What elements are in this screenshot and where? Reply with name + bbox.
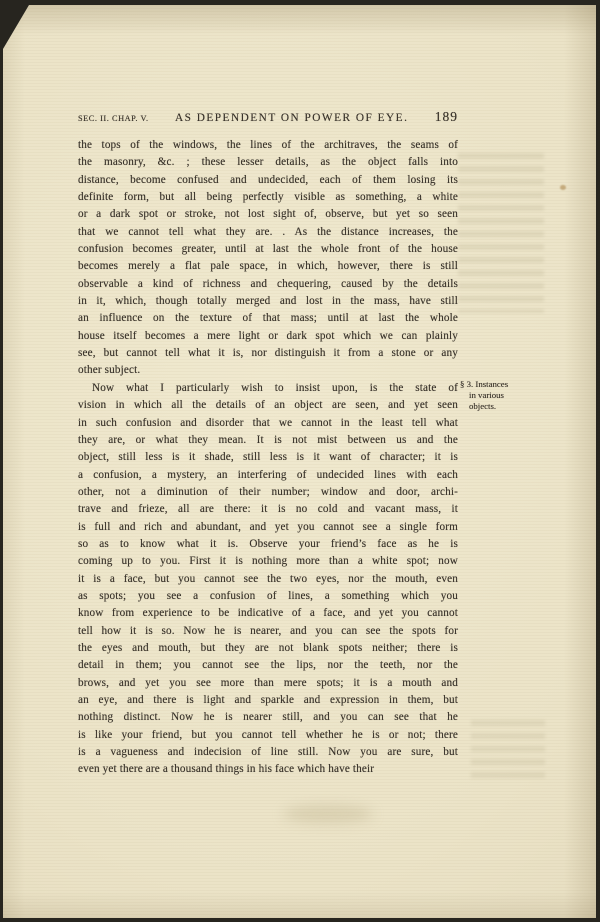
paper-smudge bbox=[283, 805, 373, 823]
body-text: the tops of the windows, the lines of th… bbox=[78, 137, 458, 779]
margin-note-line: in various bbox=[469, 390, 552, 401]
text-line: tell how it is so. Now he is nearer, and… bbox=[78, 623, 458, 640]
text-line: other, not a diminution of their number;… bbox=[78, 484, 458, 501]
text-line: an eye, and there is light and sparkle a… bbox=[78, 692, 458, 709]
text-line: is full and rich and abundant, and yet y… bbox=[78, 519, 458, 536]
paragraph-1: the tops of the windows, the lines of th… bbox=[78, 137, 458, 380]
show-through-ghost-text bbox=[471, 720, 545, 785]
text-line: coming up to you. First it is nothing mo… bbox=[78, 553, 458, 570]
text-line: even yet there are a thousand things in … bbox=[78, 761, 458, 778]
text-line: object, still less is it shade, still le… bbox=[78, 449, 458, 466]
text-line: the tops of the windows, the lines of th… bbox=[78, 137, 458, 154]
text-line: other subject. bbox=[78, 362, 458, 379]
scanned-book-page: SEC. II. CHAP. V. AS DEPENDENT ON POWER … bbox=[0, 0, 600, 922]
show-through-ghost-text bbox=[458, 153, 544, 313]
text-line: in such confusion and disorder that we c… bbox=[78, 415, 458, 432]
text-line: an influence on the texture of that mass… bbox=[78, 310, 458, 327]
running-header: SEC. II. CHAP. V. AS DEPENDENT ON POWER … bbox=[78, 109, 458, 128]
text-line: it is a face, but you cannot see the two… bbox=[78, 571, 458, 588]
text-line: as spots; you see a confusion of lines, … bbox=[78, 588, 458, 605]
text-line: that we cannot tell what they are. . As … bbox=[78, 224, 458, 241]
page-content: SEC. II. CHAP. V. AS DEPENDENT ON POWER … bbox=[78, 109, 458, 779]
text-line: so as to know what it is. Observe your f… bbox=[78, 536, 458, 553]
margin-note-line: § 3. Instances bbox=[460, 379, 552, 390]
text-line: observable a kind of richness and cheque… bbox=[78, 276, 458, 293]
margin-note: § 3. Instances in various objects. bbox=[460, 379, 552, 412]
text-line: the eyes and mouth, but they are not bla… bbox=[78, 640, 458, 657]
text-line: the masonry, &c. ; these lesser details,… bbox=[78, 154, 458, 171]
text-line: confusion becomes greater, until at last… bbox=[78, 241, 458, 258]
text-line: nothing distinct. Now he is nearer still… bbox=[78, 709, 458, 726]
page-number: 189 bbox=[435, 109, 458, 125]
text-line: see, but cannot tell what it is, nor dis… bbox=[78, 345, 458, 362]
running-title: AS DEPENDENT ON POWER OF EYE. bbox=[149, 112, 435, 124]
text-line: detail in them; you cannot see the lips,… bbox=[78, 657, 458, 674]
text-line: or a dark spot or stroke, not lost sight… bbox=[78, 206, 458, 223]
text-line: house itself becomes a mere light or dar… bbox=[78, 328, 458, 345]
text-line: a confusion, a mystery, an interfering o… bbox=[78, 467, 458, 484]
text-line: definite form, but all being perfectly v… bbox=[78, 189, 458, 206]
text-line: know from experience to be indicative of… bbox=[78, 605, 458, 622]
foxing-spot bbox=[560, 185, 566, 190]
text-line: distance, become confused and undecided,… bbox=[78, 172, 458, 189]
text-line: brows, and yet you see more than mere sp… bbox=[78, 675, 458, 692]
margin-note-line: objects. bbox=[469, 401, 552, 412]
text-line: is a vagueness and indecision of line st… bbox=[78, 744, 458, 761]
paragraph-2: Now what I particularly wish to insist u… bbox=[78, 380, 458, 779]
page-paper: SEC. II. CHAP. V. AS DEPENDENT ON POWER … bbox=[3, 5, 596, 918]
section-chapter-label: SEC. II. CHAP. V. bbox=[78, 114, 149, 123]
text-line: Now what I particularly wish to insist u… bbox=[78, 380, 458, 397]
text-line: becomes merely a flat pale space, in whi… bbox=[78, 258, 458, 275]
text-line: they are, or what they mean. It is not m… bbox=[78, 432, 458, 449]
text-line: trave and frieze, all are there: it is n… bbox=[78, 501, 458, 518]
text-line: in it, which, though totally merged and … bbox=[78, 293, 458, 310]
text-line: vision in which all the details of an ob… bbox=[78, 397, 458, 414]
text-line: is like your friend, but you cannot tell… bbox=[78, 727, 458, 744]
